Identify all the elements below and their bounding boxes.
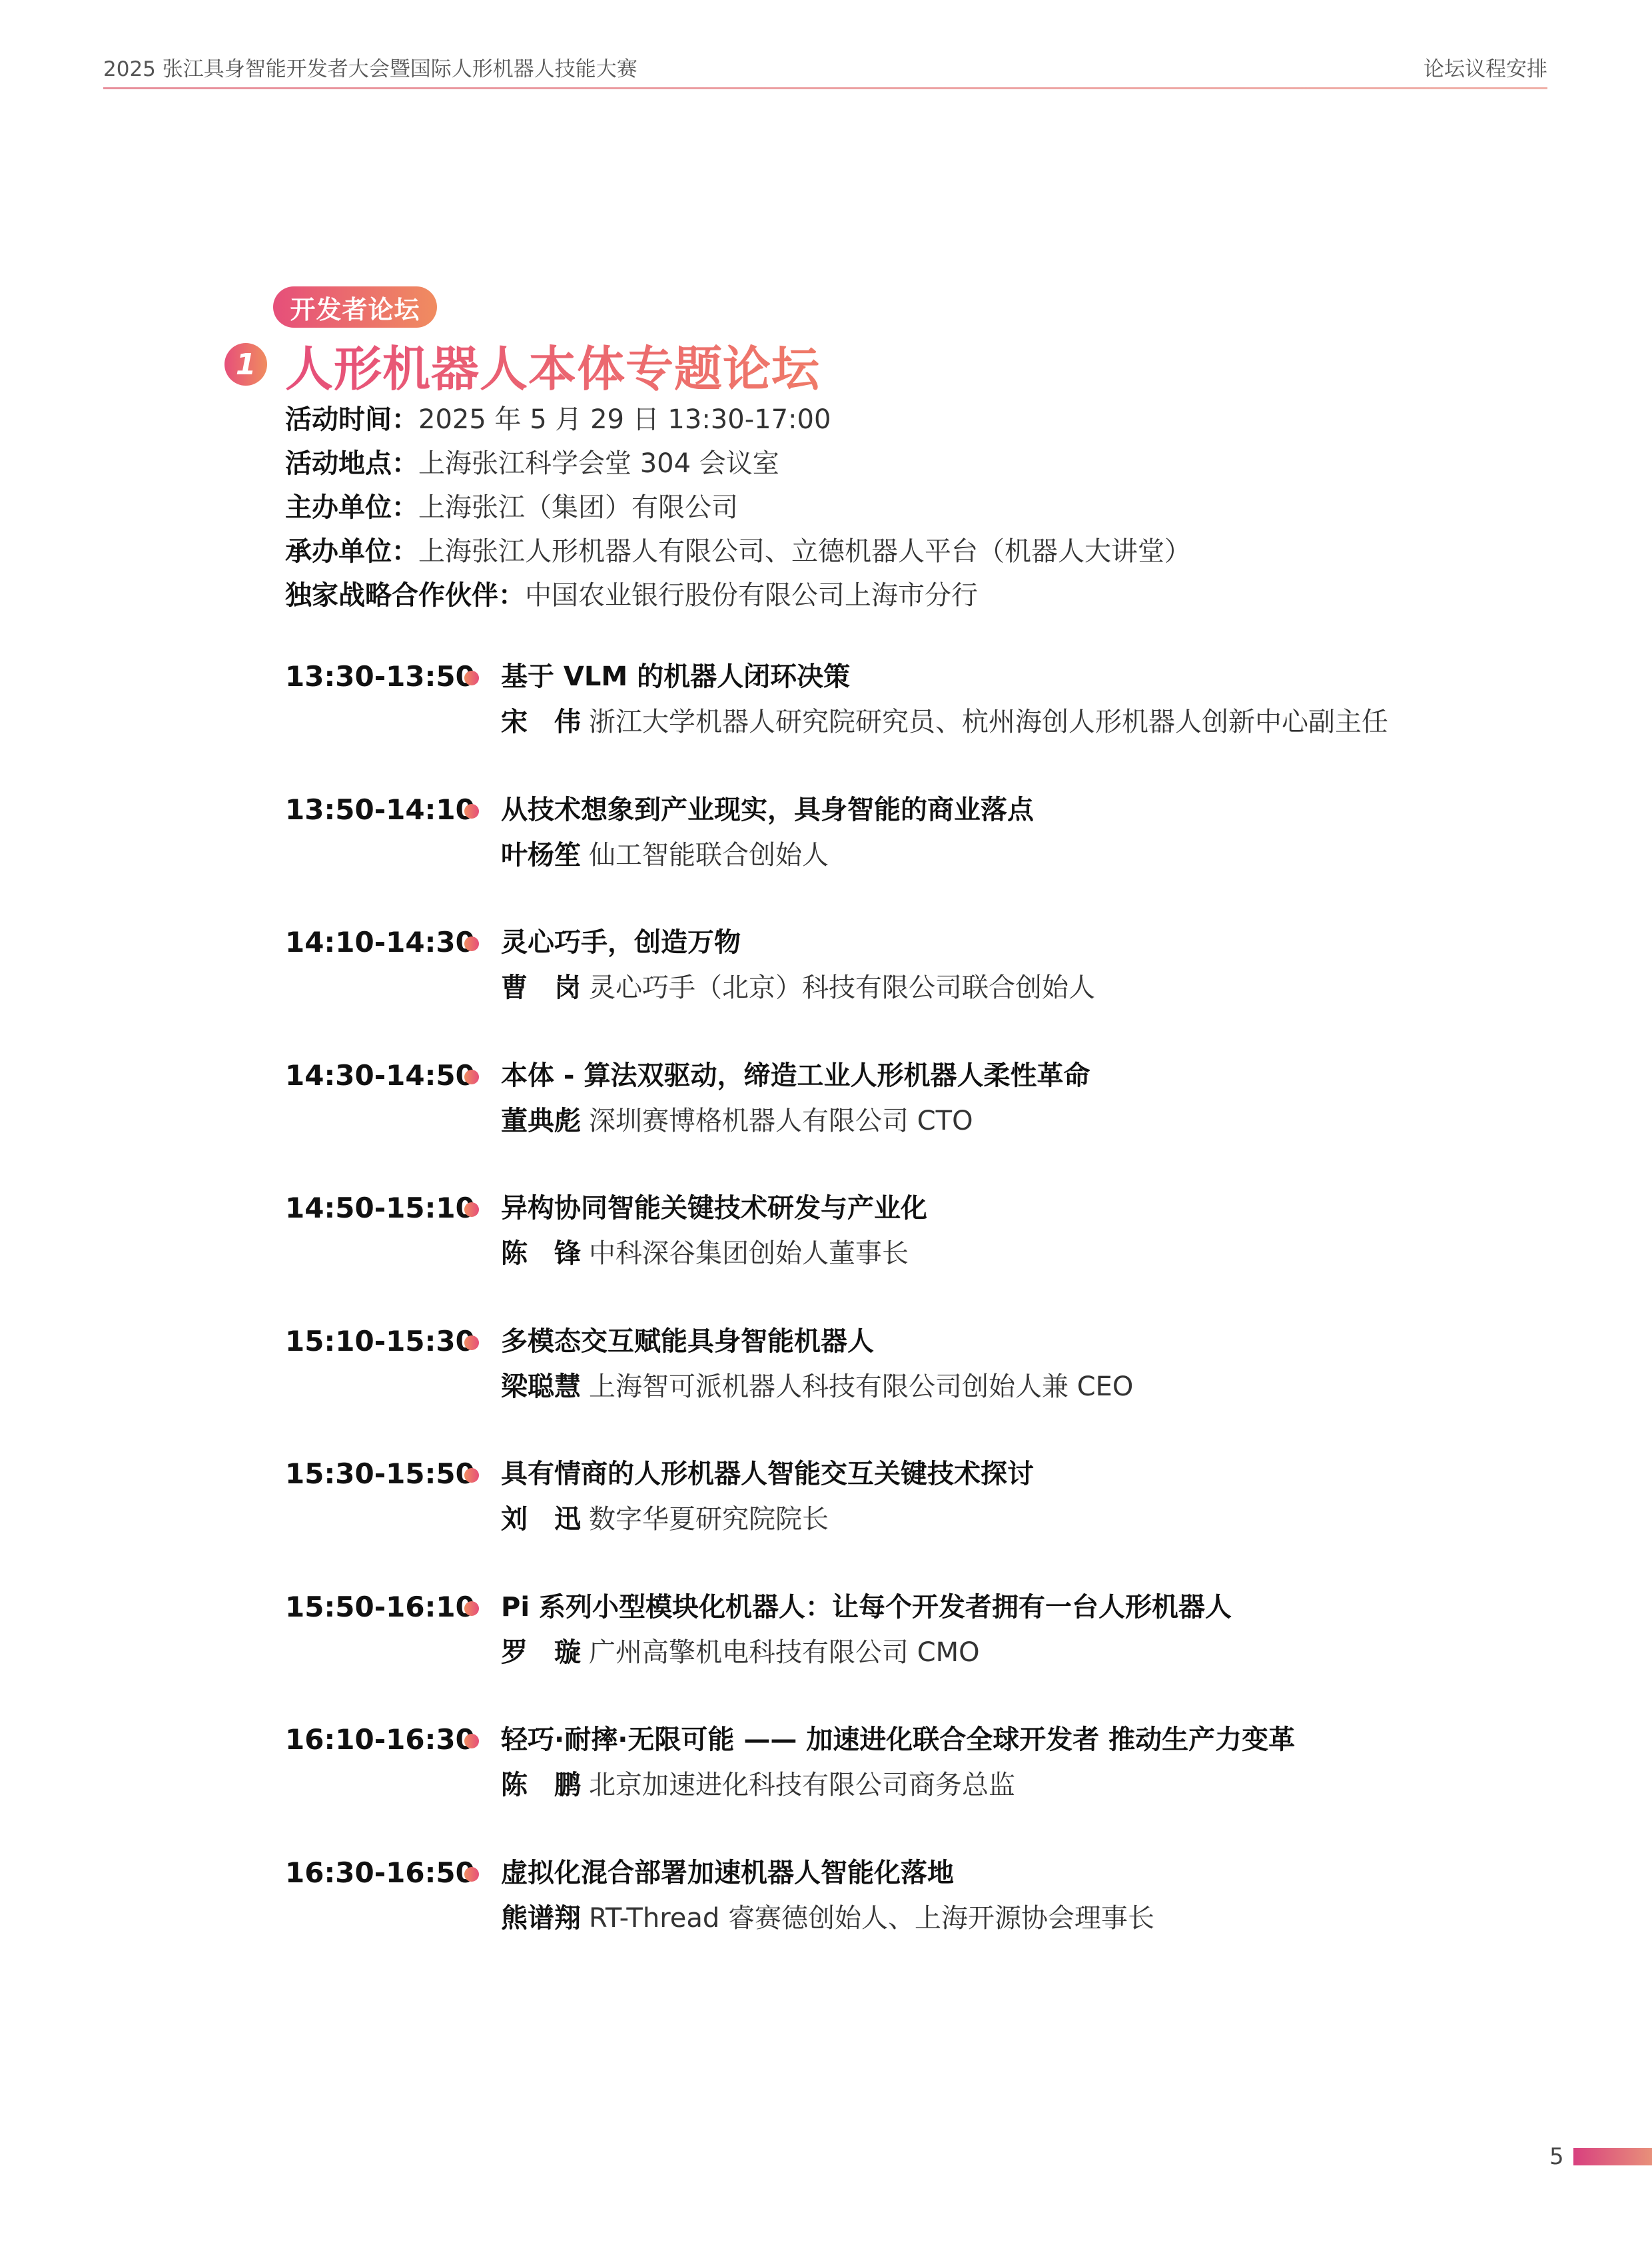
forum-number-icon: 1 (224, 343, 267, 386)
bullet-dot-icon (464, 1867, 479, 1882)
session-time: 14:10-14:30 (285, 924, 475, 961)
session-title: 本体 - 算法双驱动，缔造工业人形机器人柔性革命 (501, 1057, 1090, 1094)
info-row-organizer: 承办单位：上海张江人形机器人有限公司、立德机器人平台（机器人大讲堂） (285, 534, 1191, 578)
speaker-name: 梁聪慧 (501, 1368, 589, 1405)
bullet-dot-icon (464, 671, 479, 685)
speaker-line: 梁聪慧上海智可派机器人科技有限公司创始人兼 CEO (501, 1368, 1133, 1405)
speaker-name: 陈 锋 (501, 1235, 589, 1272)
speaker-affiliation: 数字华夏研究院院长 (589, 1504, 829, 1535)
speaker-affiliation: 北京加速进化科技有限公司商务总监 (589, 1770, 1015, 1800)
speaker-affiliation: 浙江大学机器人研究院研究员、杭州海创人形机器人创新中心副主任 (589, 707, 1388, 737)
speaker-name: 刘 迅 (501, 1501, 589, 1538)
session-time: 16:10-16:30 (285, 1721, 475, 1758)
session-title: 多模态交互赋能具身智能机器人 (501, 1323, 874, 1360)
document-header-section: 论坛议程安排 (1424, 52, 1547, 82)
forum-title: 人形机器人本体专题论坛 (285, 330, 820, 400)
speaker-line: 叶杨笙仙工智能联合创始人 (501, 837, 829, 874)
info-label: 独家战略合作伙伴： (285, 580, 525, 611)
session-time: 13:30-13:50 (285, 658, 475, 695)
speaker-name: 董典彪 (501, 1102, 589, 1140)
info-value: 2025 年 5 月 29 日 13:30-17:00 (418, 404, 831, 435)
info-row-host: 主办单位：上海张江（集团）有限公司 (285, 490, 1191, 534)
bullet-dot-icon (464, 1734, 479, 1748)
session-title: 具有情商的人形机器人智能交互关键技术探讨 (501, 1455, 1034, 1493)
speaker-name: 陈 鹏 (501, 1766, 589, 1804)
page-number: 5 (1549, 2143, 1564, 2170)
session-time: 15:10-15:30 (285, 1323, 475, 1360)
session-title: 基于 VLM 的机器人闭环决策 (501, 658, 850, 695)
info-label: 主办单位： (285, 492, 418, 523)
speaker-affiliation: 深圳赛博格机器人有限公司 CTO (589, 1106, 973, 1136)
info-value: 中国农业银行股份有限公司上海市分行 (525, 580, 978, 611)
speaker-line: 刘 迅数字华夏研究院院长 (501, 1501, 829, 1538)
bullet-dot-icon (464, 804, 479, 819)
session-title: Pi 系列小型模块化机器人：让每个开发者拥有一台人形机器人 (501, 1589, 1232, 1626)
forum-category-badge: 开发者论坛 (273, 286, 437, 328)
info-value: 上海张江人形机器人有限公司、立德机器人平台（机器人大讲堂） (418, 536, 1191, 567)
session-time: 14:30-14:50 (285, 1057, 475, 1094)
session-title: 异构协同智能关键技术研发与产业化 (501, 1190, 927, 1227)
info-row-partner: 独家战略合作伙伴：中国农业银行股份有限公司上海市分行 (285, 578, 1191, 622)
bullet-dot-icon (464, 936, 479, 951)
page-accent-bar (1573, 2148, 1652, 2165)
info-label: 活动地点： (285, 448, 418, 479)
info-row-location: 活动地点：上海张江科学会堂 304 会议室 (285, 446, 1191, 490)
speaker-line: 曹 岗灵心巧手（北京）科技有限公司联合创始人 (501, 969, 1095, 1006)
document-header-title: 2025 张江具身智能开发者大会暨国际人形机器人技能大赛 (103, 52, 637, 82)
info-row-time: 活动时间：2025 年 5 月 29 日 13:30-17:00 (285, 402, 1191, 446)
session-time: 15:30-15:50 (285, 1455, 475, 1493)
session-title: 轻巧·耐摔·无限可能 —— 加速进化联合全球开发者 推动生产力变革 (501, 1721, 1295, 1758)
session-time: 15:50-16:10 (285, 1589, 475, 1626)
session-title: 从技术想象到产业现实，具身智能的商业落点 (501, 791, 1034, 829)
bullet-dot-icon (464, 1468, 479, 1483)
speaker-name: 宋 伟 (501, 703, 589, 741)
speaker-affiliation: 广州高擎机电科技有限公司 CMO (589, 1637, 980, 1668)
speaker-affiliation: 仙工智能联合创始人 (589, 840, 829, 871)
bullet-dot-icon (464, 1601, 479, 1616)
session-title: 灵心巧手，创造万物 (501, 924, 741, 961)
forum-info: 活动时间：2025 年 5 月 29 日 13:30-17:00 活动地点：上海… (285, 402, 1191, 622)
info-label: 承办单位： (285, 536, 418, 567)
bullet-dot-icon (464, 1335, 479, 1350)
session-title: 虚拟化混合部署加速机器人智能化落地 (501, 1854, 954, 1892)
session-time: 14:50-15:10 (285, 1190, 475, 1227)
session-time: 16:30-16:50 (285, 1854, 475, 1892)
speaker-affiliation: 上海智可派机器人科技有限公司创始人兼 CEO (589, 1371, 1133, 1402)
speaker-affiliation: 中科深谷集团创始人董事长 (589, 1238, 909, 1269)
speaker-affiliation: 灵心巧手（北京）科技有限公司联合创始人 (589, 972, 1095, 1003)
info-label: 活动时间： (285, 404, 418, 435)
speaker-line: 陈 鹏北京加速进化科技有限公司商务总监 (501, 1766, 1015, 1804)
info-value: 上海张江（集团）有限公司 (418, 492, 738, 523)
speaker-name: 熊谱翔 (501, 1900, 589, 1937)
bullet-dot-icon (464, 1202, 479, 1217)
speaker-line: 罗 璇广州高擎机电科技有限公司 CMO (501, 1634, 980, 1671)
speaker-line: 宋 伟浙江大学机器人研究院研究员、杭州海创人形机器人创新中心副主任 (501, 703, 1388, 741)
speaker-line: 董典彪深圳赛博格机器人有限公司 CTO (501, 1102, 973, 1140)
speaker-line: 陈 锋中科深谷集团创始人董事长 (501, 1235, 909, 1272)
session-time: 13:50-14:10 (285, 791, 475, 829)
speaker-name: 叶杨笙 (501, 837, 589, 874)
header-divider (103, 87, 1547, 89)
speaker-name: 曹 岗 (501, 969, 589, 1006)
speaker-line: 熊谱翔RT-Thread 睿赛德创始人、上海开源协会理事长 (501, 1900, 1154, 1937)
info-value: 上海张江科学会堂 304 会议室 (418, 448, 779, 479)
bullet-dot-icon (464, 1070, 479, 1084)
speaker-name: 罗 璇 (501, 1634, 589, 1671)
speaker-affiliation: RT-Thread 睿赛德创始人、上海开源协会理事长 (589, 1903, 1154, 1934)
